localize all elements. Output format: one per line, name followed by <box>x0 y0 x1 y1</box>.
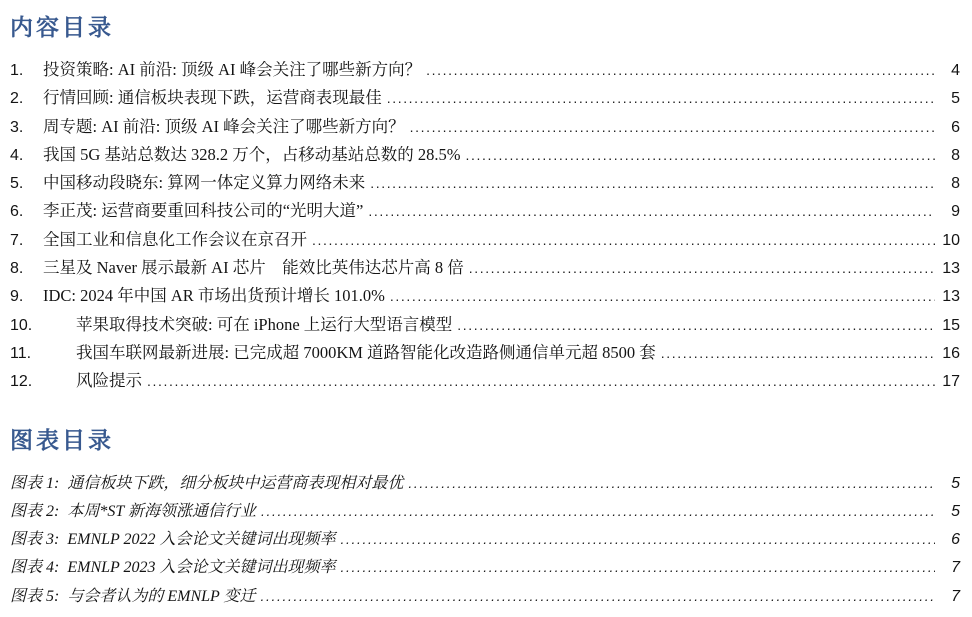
figure-item-label: 图表 4: <box>10 554 59 577</box>
toc-item[interactable]: 8. 三星及 Naver 展示最新 AI 芯片 能效比英伟达芯片高 8 倍 13 <box>10 254 960 282</box>
figure-item[interactable]: 图表 1: 通信板块下跌，细分板块中运营商表现相对最优 5 <box>10 470 960 498</box>
toc-item[interactable]: 2. 行情回顾: 通信板块表现下跌，运营商表现最佳 5 <box>10 84 960 112</box>
toc-item[interactable]: 7. 全国工业和信息化工作会议在京召开 10 <box>10 226 960 254</box>
toc-item-number: 8. <box>10 260 43 278</box>
toc-item-title: 苹果取得技术突破: 可在 iPhone 上运行大型语言模型 <box>76 311 452 335</box>
toc-item-title: 中国移动段晓东: 算网一体定义算力网络未来 <box>43 169 365 193</box>
toc-item-page: 4 <box>938 62 960 80</box>
toc-item[interactable]: 1. 投资策略: AI 前沿: 顶级 AI 峰会关注了哪些新方向？ 4 <box>10 56 960 84</box>
dot-leader <box>341 531 935 547</box>
dot-leader <box>390 288 935 304</box>
toc-item-page: 9 <box>938 203 960 221</box>
figure-toc-heading: 图表目录 <box>10 426 960 456</box>
toc-item-page: 15 <box>938 317 960 335</box>
figure-item-page: 5 <box>938 503 960 521</box>
dot-leader <box>312 232 935 248</box>
toc-item-page: 8 <box>938 175 960 193</box>
toc-item-page: 13 <box>938 260 960 278</box>
toc-item-title: IDC: 2024 年中国 AR 市场出货预计增长 101.0% <box>43 282 385 306</box>
toc-item-number: 11. <box>10 345 76 363</box>
figure-item-label: 图表 2: <box>10 498 59 521</box>
toc-item-title: 三星及 Naver 展示最新 AI 芯片 能效比英伟达芯片高 8 倍 <box>43 254 464 278</box>
toc-item-number: 5. <box>10 175 43 193</box>
toc-item-title: 李正茂: 运营商要重回科技公司的“光明大道” <box>43 197 363 221</box>
dot-leader <box>469 260 935 276</box>
dot-leader <box>261 588 935 604</box>
toc-item-number: 1. <box>10 62 43 80</box>
toc-item-page: 8 <box>938 147 960 165</box>
toc-item-title: 全国工业和信息化工作会议在京召开 <box>43 226 307 250</box>
dot-leader <box>368 203 935 219</box>
dot-leader <box>341 559 935 575</box>
toc-item[interactable]: 4. 我国 5G 基站总数达 328.2 万个，占移动基站总数的 28.5% 8 <box>10 141 960 169</box>
document-page: 内容目录 1. 投资策略: AI 前沿: 顶级 AI 峰会关注了哪些新方向？ 4… <box>0 0 972 617</box>
dot-leader <box>147 373 935 389</box>
figure-item-title: EMNLP 2022 入会论文关键词出现频率 <box>67 526 335 549</box>
figure-item-page: 7 <box>938 559 960 577</box>
toc-item-page: 5 <box>938 90 960 108</box>
toc-item-number: 7. <box>10 232 43 250</box>
toc-item-number: 2. <box>10 90 43 108</box>
content-toc-heading: 内容目录 <box>10 13 960 43</box>
figure-toc-list: 图表 1: 通信板块下跌，细分板块中运营商表现相对最优 5 图表 2: 本周*S… <box>10 470 960 611</box>
figure-item-page: 6 <box>938 531 960 549</box>
toc-item-page: 6 <box>938 119 960 137</box>
toc-item[interactable]: 10. 苹果取得技术突破: 可在 iPhone 上运行大型语言模型 15 <box>10 311 960 339</box>
toc-item-title: 我国车联网最新进展: 已完成超 7000KM 道路智能化改造路侧通信单元超 85… <box>76 339 656 363</box>
content-toc-section: 内容目录 1. 投资策略: AI 前沿: 顶级 AI 峰会关注了哪些新方向？ 4… <box>10 13 960 396</box>
dot-leader <box>661 345 935 361</box>
toc-item[interactable]: 12. 风险提示 17 <box>10 367 960 395</box>
dot-leader <box>370 175 935 191</box>
figure-item-title: 本周*ST 新海领涨通信行业 <box>67 498 256 521</box>
figure-item[interactable]: 图表 4: EMNLP 2023 入会论文关键词出现频率 7 <box>10 554 960 582</box>
dot-leader <box>408 475 935 491</box>
toc-item-number: 12. <box>10 373 76 391</box>
toc-item-number: 6. <box>10 203 43 221</box>
figure-item-label: 图表 5: <box>10 583 59 606</box>
toc-item-page: 10 <box>938 232 960 250</box>
toc-item[interactable]: 9. IDC: 2024 年中国 AR 市场出货预计增长 101.0% 13 <box>10 282 960 310</box>
dot-leader <box>426 62 935 78</box>
toc-item-number: 4. <box>10 147 43 165</box>
toc-item-title: 我国 5G 基站总数达 328.2 万个，占移动基站总数的 28.5% <box>43 141 461 165</box>
toc-item-number: 10. <box>10 317 76 335</box>
toc-item-title: 投资策略: AI 前沿: 顶级 AI 峰会关注了哪些新方向？ <box>43 56 421 80</box>
figure-item-title: 通信板块下跌，细分板块中运营商表现相对最优 <box>67 470 403 493</box>
toc-item-number: 9. <box>10 288 43 306</box>
dot-leader <box>261 503 935 519</box>
toc-item[interactable]: 3. 周专题: AI 前沿: 顶级 AI 峰会关注了哪些新方向？ 6 <box>10 113 960 141</box>
figure-item[interactable]: 图表 3: EMNLP 2022 入会论文关键词出现频率 6 <box>10 526 960 554</box>
toc-item[interactable]: 11. 我国车联网最新进展: 已完成超 7000KM 道路智能化改造路侧通信单元… <box>10 339 960 367</box>
dot-leader <box>457 317 935 333</box>
toc-item[interactable]: 6. 李正茂: 运营商要重回科技公司的“光明大道” 9 <box>10 197 960 225</box>
figure-item-label: 图表 1: <box>10 470 59 493</box>
figure-item[interactable]: 图表 2: 本周*ST 新海领涨通信行业 5 <box>10 498 960 526</box>
content-toc-list: 1. 投资策略: AI 前沿: 顶级 AI 峰会关注了哪些新方向？ 4 2. 行… <box>10 56 960 396</box>
figure-toc-section: 图表目录 图表 1: 通信板块下跌，细分板块中运营商表现相对最优 5 图表 2:… <box>10 426 960 611</box>
figure-item-label: 图表 3: <box>10 526 59 549</box>
dot-leader <box>387 90 935 106</box>
dot-leader <box>410 119 935 135</box>
toc-item-number: 3. <box>10 119 43 137</box>
toc-item-page: 13 <box>938 288 960 306</box>
toc-item-title: 风险提示 <box>76 367 142 391</box>
toc-item-title: 行情回顾: 通信板块表现下跌，运营商表现最佳 <box>43 84 382 108</box>
figure-item-title: 与会者认为的 EMNLP 变迁 <box>67 583 255 606</box>
toc-item-title: 周专题: AI 前沿: 顶级 AI 峰会关注了哪些新方向？ <box>43 113 405 137</box>
figure-item-page: 7 <box>938 588 960 606</box>
toc-item-page: 16 <box>938 345 960 363</box>
figure-item-page: 5 <box>938 475 960 493</box>
figure-item-title: EMNLP 2023 入会论文关键词出现频率 <box>67 554 335 577</box>
figure-item[interactable]: 图表 5: 与会者认为的 EMNLP 变迁 7 <box>10 583 960 611</box>
dot-leader <box>466 147 935 163</box>
toc-item[interactable]: 5. 中国移动段晓东: 算网一体定义算力网络未来 8 <box>10 169 960 197</box>
toc-item-page: 17 <box>938 373 960 391</box>
